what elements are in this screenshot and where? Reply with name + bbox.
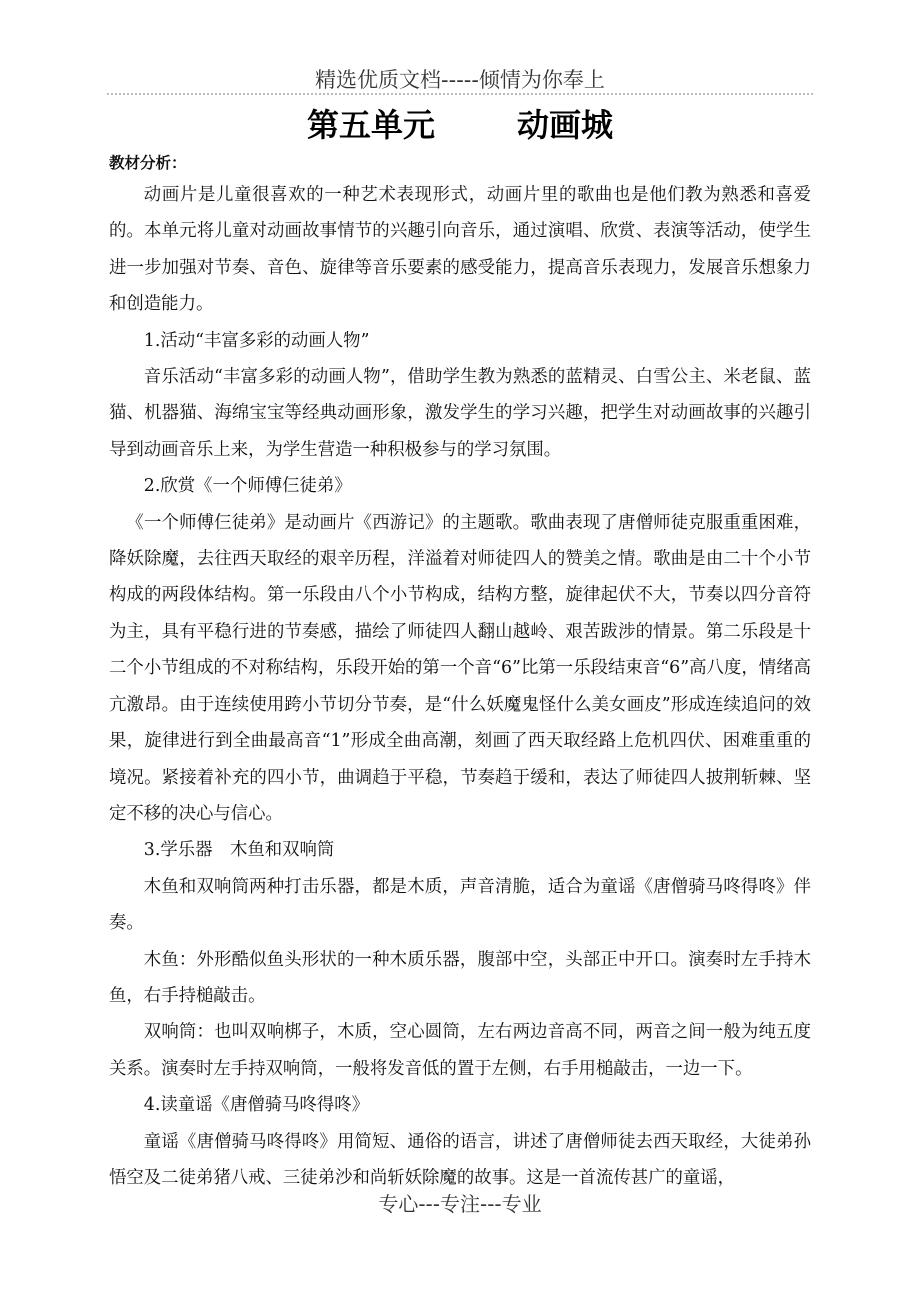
section-label: 教材分析： (109, 150, 811, 177)
document-body: 教材分析： 动画片是儿童很喜欢的一种艺术表现形式，动画片里的歌曲也是他们教为熟悉… (109, 150, 811, 1196)
paragraph-shuangxiangtong: 双响筒：也叫双响梆子，木质，空心圆筒，左右两边音高不同，两音之间一般为纯五度关系… (109, 1014, 811, 1087)
paragraph-muyu: 木鱼：外形酷似鱼头形状的一种木质乐器，腹部中空，头部正中开口。演奏时左手持木鱼，… (109, 942, 811, 1015)
heading-activity: 1.活动“丰富多彩的动画人物” (109, 323, 811, 359)
page-header: 精选优质文档-----倾情为你奉上 (0, 64, 920, 94)
title-unit: 第五单元 (307, 100, 435, 146)
header-divider (107, 93, 813, 95)
paragraph-intro: 动画片是儿童很喜欢的一种艺术表现形式，动画片里的歌曲也是他们教为熟悉和喜爱的。本… (109, 177, 811, 323)
heading-nursery-rhyme: 4.读童谣《唐僧骑马咚得咚》 (109, 1087, 811, 1123)
paragraph-nursery-rhyme: 童谣《唐僧骑马咚得咚》用简短、通俗的语言，讲述了唐僧师徒去西天取经，大徒弟孙悟空… (109, 1124, 811, 1197)
page-title: 第五单元动画城 (0, 100, 920, 146)
paragraph-activity: 音乐活动“丰富多彩的动画人物”，借助学生教为熟悉的蓝精灵、白雪公主、米老鼠、蓝猫… (109, 359, 811, 468)
paragraph-instruments: 木鱼和双响筒两种打击乐器，都是木质，声音清脆，适合为童谣《唐僧骑马咚得咚》伴奏。 (109, 869, 811, 942)
heading-instruments: 3.学乐器 木鱼和双响筒 (109, 832, 811, 868)
heading-appreciation: 2.欣赏《一个师傅仨徒弟》 (109, 468, 811, 504)
paragraph-appreciation: 《一个师傅仨徒弟》是动画片《西游记》的主题歌。歌曲表现了唐僧师徒克服重重困难，降… (109, 505, 811, 833)
title-topic: 动画城 (517, 100, 613, 146)
page-footer: 专心---专注---专业 (0, 1188, 920, 1217)
